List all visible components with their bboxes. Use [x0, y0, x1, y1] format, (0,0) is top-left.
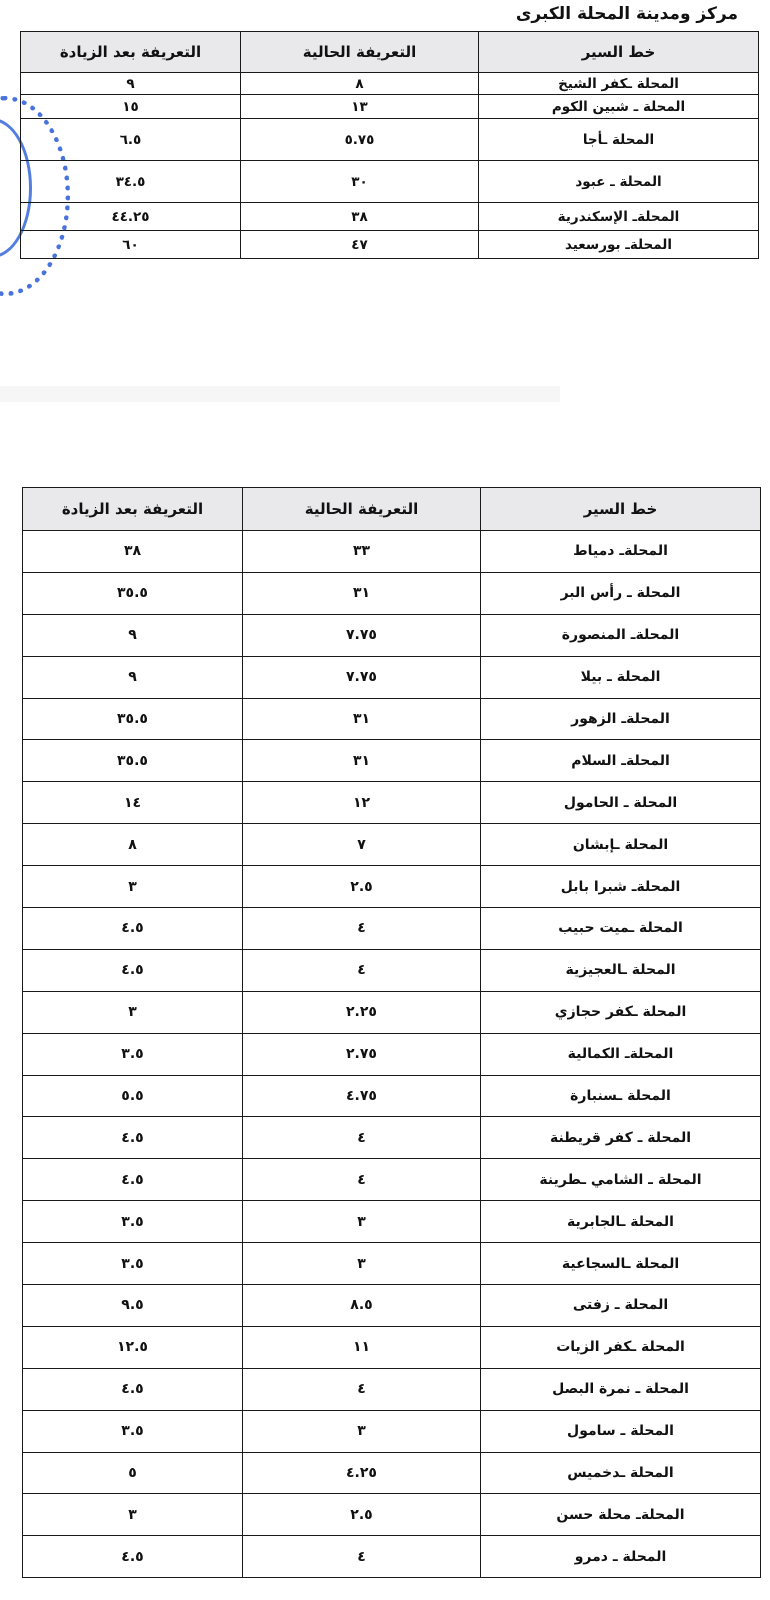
current-fare-cell: ١١ — [243, 1326, 481, 1368]
table-row: المحلةـ محلة حسن٢.٥٣ — [23, 1494, 761, 1536]
new-fare-cell: ١٤ — [23, 782, 243, 824]
route-cell: المحلة ـأجا — [479, 119, 759, 161]
current-fare-cell: ٤ — [243, 949, 481, 991]
table-row: المحلة ـ رأس البر٣١٣٥.٥ — [23, 572, 761, 614]
table-row: المحلة ـ كفر قريطنة٤٤.٥ — [23, 1117, 761, 1159]
table-row: المحلة ـكفر حجازي٢.٢٥٣ — [23, 991, 761, 1033]
fare-table-2: خط السير التعريفة الحالية التعريفة بعد ا… — [22, 487, 761, 1578]
new-fare-cell: ٣ — [23, 866, 243, 908]
table-row: المحلة ـإبشان٧٨ — [23, 824, 761, 866]
new-fare-cell: ٣٤.٥ — [21, 161, 241, 203]
route-cell: المحلةـ السلام — [481, 740, 761, 782]
route-cell: المحلة ـ شبين الكوم — [479, 95, 759, 119]
table-row: المحلة ـكفر الشيخ ٨ ٩ — [21, 73, 759, 95]
current-fare-cell: ٤ — [243, 1117, 481, 1159]
route-cell: المحلة ـسنبارة — [481, 1075, 761, 1117]
table-header-row: خط السير التعريفة الحالية التعريفة بعد ا… — [21, 32, 759, 73]
new-fare-cell: ٣.٥ — [23, 1033, 243, 1075]
current-fare-cell: ٤٧ — [241, 231, 479, 259]
column-header-route: خط السير — [479, 32, 759, 73]
current-fare-cell: ٨ — [241, 73, 479, 95]
current-fare-cell: ٣٠ — [241, 161, 479, 203]
route-cell: المحلةـ الكمالية — [481, 1033, 761, 1075]
fare-table-1: خط السير التعريفة الحالية التعريفة بعد ا… — [20, 31, 759, 259]
new-fare-cell: ٦.٥ — [21, 119, 241, 161]
current-fare-cell: ٢.٧٥ — [243, 1033, 481, 1075]
table-row: المحلة ـ نمرة البصل٤٤.٥ — [23, 1368, 761, 1410]
current-fare-cell: ٤ — [243, 1536, 481, 1578]
new-fare-cell: ٤.٥ — [23, 1368, 243, 1410]
table-row: المحلةـ شبرا بابل٢.٥٣ — [23, 866, 761, 908]
table-row: المحلةـ بورسعيد ٤٧ ٦٠ — [21, 231, 759, 259]
scan-artifact-band — [0, 386, 560, 402]
current-fare-cell: ٢.٥ — [243, 1494, 481, 1536]
route-cell: المحلة ـدخميس — [481, 1452, 761, 1494]
current-fare-cell: ٣ — [243, 1410, 481, 1452]
table-row: المحلة ـالسجاعية٣٣.٥ — [23, 1243, 761, 1285]
table-row: المحلة ـ الحامول١٢١٤ — [23, 782, 761, 824]
route-cell: المحلة ـ نمرة البصل — [481, 1368, 761, 1410]
current-fare-cell: ٣ — [243, 1201, 481, 1243]
new-fare-cell: ٩.٥ — [23, 1285, 243, 1327]
table-row: المحلة ـأجا ٥.٧٥ ٦.٥ — [21, 119, 759, 161]
column-header-current-fare: التعريفة الحالية — [241, 32, 479, 73]
route-cell: المحلةـ الإسكندرية — [479, 203, 759, 231]
table-row: المحلة ـ دمرو٤٤.٥ — [23, 1536, 761, 1578]
route-cell: المحلة ـ عبود — [479, 161, 759, 203]
current-fare-cell: ٧.٧٥ — [243, 656, 481, 698]
table-row: المحلةـ الإسكندرية ٣٨ ٤٤.٢٥ — [21, 203, 759, 231]
current-fare-cell: ٤ — [243, 1368, 481, 1410]
table-row: المحلة ـ عبود ٣٠ ٣٤.٥ — [21, 161, 759, 203]
new-fare-cell: ٥ — [23, 1452, 243, 1494]
current-fare-cell: ٣٣ — [243, 531, 481, 573]
table-row: المحلة ـ بيلا٧.٧٥٩ — [23, 656, 761, 698]
new-fare-cell: ٣٥.٥ — [23, 740, 243, 782]
new-fare-cell: ٣.٥ — [23, 1201, 243, 1243]
route-cell: المحلةـ بورسعيد — [479, 231, 759, 259]
current-fare-cell: ٣١ — [243, 740, 481, 782]
route-cell: المحلة ـكفر الشيخ — [479, 73, 759, 95]
table-row: المحلةـ دمياط٣٣٣٨ — [23, 531, 761, 573]
route-cell: المحلة ـالجابرية — [481, 1201, 761, 1243]
current-fare-cell: ١٣ — [241, 95, 479, 119]
new-fare-cell: ٤.٥ — [23, 908, 243, 950]
route-cell: المحلةـ شبرا بابل — [481, 866, 761, 908]
current-fare-cell: ١٢ — [243, 782, 481, 824]
table-row: المحلة ـ الشامي ـطرينة٤٤.٥ — [23, 1159, 761, 1201]
table-row: المحلة ـ زفتى٨.٥٩.٥ — [23, 1285, 761, 1327]
table-row: المحلة ـالجابرية٣٣.٥ — [23, 1201, 761, 1243]
table-row: المحلةـ الكمالية٢.٧٥٣.٥ — [23, 1033, 761, 1075]
route-cell: المحلة ـ سامول — [481, 1410, 761, 1452]
route-cell: المحلة ـإبشان — [481, 824, 761, 866]
document-title: مركز ومدينة المحلة الكبرى — [516, 4, 738, 24]
route-cell: المحلة ـالسجاعية — [481, 1243, 761, 1285]
new-fare-cell: ٣ — [23, 991, 243, 1033]
new-fare-cell: ٤٤.٢٥ — [21, 203, 241, 231]
route-cell: المحلة ـكفر الزيات — [481, 1326, 761, 1368]
current-fare-cell: ٣٨ — [241, 203, 479, 231]
new-fare-cell: ٤.٥ — [23, 1536, 243, 1578]
route-cell: المحلة ـ رأس البر — [481, 572, 761, 614]
route-cell: المحلةـ محلة حسن — [481, 1494, 761, 1536]
route-cell: المحلةـ المنصورة — [481, 614, 761, 656]
route-cell: المحلة ـميت حبيب — [481, 908, 761, 950]
new-fare-cell: ٩ — [23, 614, 243, 656]
column-header-current-fare: التعريفة الحالية — [243, 488, 481, 531]
route-cell: المحلةـ دمياط — [481, 531, 761, 573]
table-header-row: خط السير التعريفة الحالية التعريفة بعد ا… — [23, 488, 761, 531]
route-cell: المحلةـ الزهور — [481, 698, 761, 740]
new-fare-cell: ٣٨ — [23, 531, 243, 573]
table-row: المحلةـ الزهور٣١٣٥.٥ — [23, 698, 761, 740]
new-fare-cell: ٨ — [23, 824, 243, 866]
current-fare-cell: ٧.٧٥ — [243, 614, 481, 656]
current-fare-cell: ٢.٥ — [243, 866, 481, 908]
new-fare-cell: ٤.٥ — [23, 949, 243, 991]
route-cell: المحلة ـكفر حجازي — [481, 991, 761, 1033]
new-fare-cell: ١٢.٥ — [23, 1326, 243, 1368]
new-fare-cell: ٩ — [23, 656, 243, 698]
new-fare-cell: ١٥ — [21, 95, 241, 119]
current-fare-cell: ٧ — [243, 824, 481, 866]
table-row: المحلةـ المنصورة٧.٧٥٩ — [23, 614, 761, 656]
table-row: المحلة ـميت حبيب٤٤.٥ — [23, 908, 761, 950]
route-cell: المحلة ـالعجيزية — [481, 949, 761, 991]
current-fare-cell: ٣١ — [243, 572, 481, 614]
new-fare-cell: ٣.٥ — [23, 1243, 243, 1285]
table-row: المحلة ـ سامول٣٣.٥ — [23, 1410, 761, 1452]
table-row: المحلةـ السلام٣١٣٥.٥ — [23, 740, 761, 782]
new-fare-cell: ٤.٥ — [23, 1117, 243, 1159]
current-fare-cell: ٤.٢٥ — [243, 1452, 481, 1494]
route-cell: المحلة ـ بيلا — [481, 656, 761, 698]
route-cell: المحلة ـ الحامول — [481, 782, 761, 824]
table-row: المحلة ـالعجيزية٤٤.٥ — [23, 949, 761, 991]
new-fare-cell: ٣ — [23, 1494, 243, 1536]
current-fare-cell: ٤ — [243, 908, 481, 950]
route-cell: المحلة ـ الشامي ـطرينة — [481, 1159, 761, 1201]
current-fare-cell: ٣ — [243, 1243, 481, 1285]
table-row: المحلة ـدخميس٤.٢٥٥ — [23, 1452, 761, 1494]
table-row: المحلة ـ شبين الكوم ١٣ ١٥ — [21, 95, 759, 119]
column-header-route: خط السير — [481, 488, 761, 531]
new-fare-cell: ٩ — [21, 73, 241, 95]
current-fare-cell: ٢.٢٥ — [243, 991, 481, 1033]
route-cell: المحلة ـ دمرو — [481, 1536, 761, 1578]
route-cell: المحلة ـ زفتى — [481, 1285, 761, 1327]
new-fare-cell: ٣٥.٥ — [23, 572, 243, 614]
new-fare-cell: ٣.٥ — [23, 1410, 243, 1452]
current-fare-cell: ٤.٧٥ — [243, 1075, 481, 1117]
current-fare-cell: ٥.٧٥ — [241, 119, 479, 161]
current-fare-cell: ٤ — [243, 1159, 481, 1201]
new-fare-cell: ٤.٥ — [23, 1159, 243, 1201]
current-fare-cell: ٣١ — [243, 698, 481, 740]
table-row: المحلة ـسنبارة٤.٧٥٥.٥ — [23, 1075, 761, 1117]
new-fare-cell: ٥.٥ — [23, 1075, 243, 1117]
current-fare-cell: ٨.٥ — [243, 1285, 481, 1327]
route-cell: المحلة ـ كفر قريطنة — [481, 1117, 761, 1159]
table-row: المحلة ـكفر الزيات١١١٢.٥ — [23, 1326, 761, 1368]
new-fare-cell: ٣٥.٥ — [23, 698, 243, 740]
column-header-new-fare: التعريفة بعد الزيادة — [21, 32, 241, 73]
new-fare-cell: ٦٠ — [21, 231, 241, 259]
column-header-new-fare: التعريفة بعد الزيادة — [23, 488, 243, 531]
